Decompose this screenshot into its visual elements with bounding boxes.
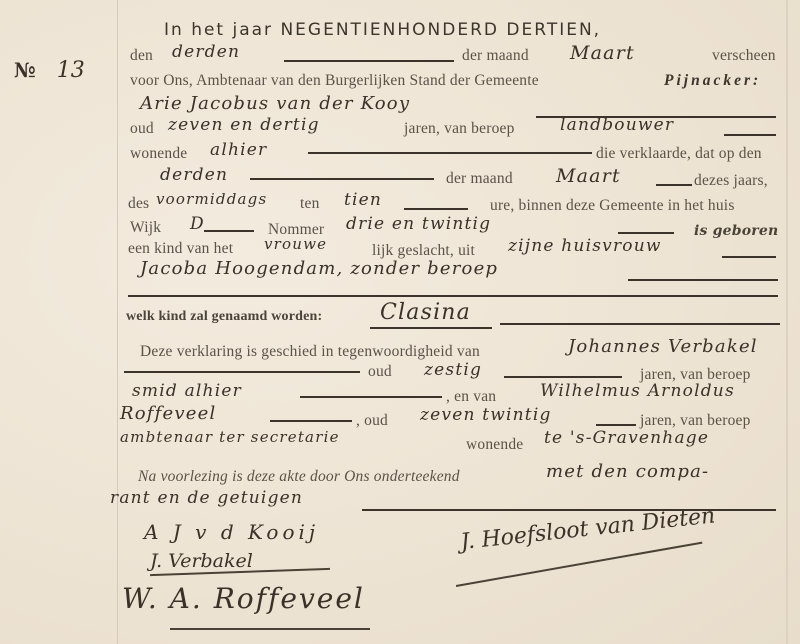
mother-name: Jacoba Hoogendam, zonder beroep [140,258,498,279]
witness2-age: zeven twintig [420,405,552,425]
witness1-occupation: smid alhier [132,381,242,401]
label-oud: oud [130,120,154,138]
separator-line [128,295,778,297]
document-heading: In het jaar NEGENTIENHONDERD DERTIEN, [164,20,601,40]
label-der-maand: der maand [462,47,529,65]
fill-line [722,256,776,258]
label-der-maand-2: der maand [446,170,513,188]
label-en-van: , en van [446,388,496,406]
fill-line [500,323,780,325]
closing-handwritten-2: rant en de getuigen [110,488,303,508]
fill-line [618,232,674,234]
house-number: drie en twintig [346,214,491,234]
label-kind-van-het: een kind van het [128,240,233,258]
label-is-geboren: is geboren [694,223,778,239]
label-verklaarde: die verklaarde, dat op den [596,145,762,163]
fill-line [300,396,442,398]
label-oud-w2: , oud [356,412,388,430]
record-number-value: 13 [57,58,85,83]
signature-underline [170,628,370,630]
fill-line [628,279,778,281]
child-name: Clasina [380,300,471,325]
label-wonende-w2: wonende [466,436,523,454]
witness2-residence: te 's-Gravenhage [544,428,709,448]
closing-statement: Na voorlezing is deze akte door Ons onde… [138,468,460,486]
fill-line [204,230,254,232]
fill-line [124,371,360,373]
witness1-age: zestig [424,360,482,380]
birth-registration-day: derden [172,42,240,62]
fill-line [404,208,468,210]
declarant-name: Arie Jacobus van der Kooy [140,93,410,114]
record-number: № 13 [14,58,85,83]
label-wijk: Wijk [130,219,161,237]
fill-line [596,424,636,426]
signature-declarant: A J v d Kooij [144,520,319,544]
fill-line [308,152,592,154]
label-jaren-beroep: jaren, van beroep [404,120,515,138]
fill-line [284,60,454,62]
label-ure-huis: ure, binnen deze Gemeente in het huis [490,197,735,215]
signature-witness1: J. Verbakel [150,550,253,572]
child-sex: vrouwe [264,235,327,253]
registration-month: Maart [570,42,635,64]
registrar-statement: voor Ons, Ambtenaar van den Burgerlijken… [130,72,539,90]
birth-hour: tien [344,190,382,210]
label-wonende: wonende [130,145,187,163]
label-dezes-jaars: dezes jaars, [694,172,768,190]
fill-line [370,327,492,329]
label-verscheen: verscheen [712,47,776,65]
municipality: Pijnacker: [664,72,761,90]
mother-relation: zijne huisvrouw [508,236,662,256]
witness1-name: Johannes Verbakel [568,336,758,357]
birth-month: Maart [556,165,621,187]
closing-handwritten-1: met den compa- [546,461,709,482]
declarant-occupation: landbouwer [560,115,674,135]
fill-line [250,178,434,180]
fill-line [656,184,692,186]
fill-line [270,420,352,422]
ward: D [190,214,205,234]
birth-daypart: voormiddags [156,190,267,208]
label-des: des [128,195,149,213]
label-ten: ten [300,195,320,213]
declarant-residence: alhier [210,140,267,160]
birth-day: derden [160,165,228,185]
label-child-name: welk kind zal genaamd worden: [126,309,322,325]
signature-witness2: W. A. Roffeveel [122,582,365,615]
label-den: den [130,47,153,65]
margin-rule [117,0,118,644]
fill-line [504,376,622,378]
declarant-age: zeven en dertig [168,115,320,135]
fill-line [724,134,776,136]
number-sign: № [14,58,36,82]
page-edge [786,0,788,644]
witness2-name-first: Wilhelmus Arnoldus [540,381,735,401]
witness2-surname: Roffeveel [120,403,216,424]
witness2-occupation: ambtenaar ter secretarie [120,428,340,446]
witness-intro: Deze verklaring is geschied in tegenwoor… [140,343,480,361]
label-oud-w1: oud [368,363,392,381]
